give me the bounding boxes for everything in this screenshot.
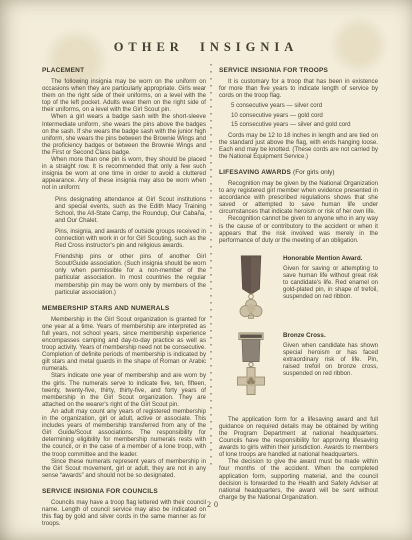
section-heading: SERVICE INSIGNIA FOR COUNCILS (42, 488, 206, 496)
paragraph: Since these numerals represent years of … (42, 458, 206, 479)
paragraph: Recognition cannot be given to anyone wh… (219, 215, 378, 243)
section-membership-stars: MEMBERSHIP STARS AND NUMERALS Membership… (42, 305, 206, 479)
paragraph: Recognition may be given by the National… (219, 180, 378, 215)
cross-medal-icon (219, 330, 283, 404)
paragraph: When a girl wears a badge sash with the … (42, 113, 206, 156)
indented-paragraph: Friendship pins or other pins of another… (55, 253, 206, 296)
trefoil-medal-icon (219, 253, 283, 321)
page-number: 20 (8, 500, 412, 509)
paragraph: It is customary for a troop that has bee… (219, 78, 378, 99)
section-heading: SERVICE INSIGNIA FOR TROOPS (219, 67, 378, 75)
section-placement: PLACEMENT The following insignia may be … (42, 67, 206, 296)
page-title: OTHER INSIGNIA (0, 40, 412, 55)
section-heading: MEMBERSHIP STARS AND NUMERALS (42, 305, 206, 313)
column-divider (210, 64, 212, 470)
right-column: SERVICE INSIGNIA FOR TROOPS It is custom… (219, 67, 378, 501)
cord-list-item: 15 consecutive years — silver and gold c… (231, 121, 378, 128)
cord-list-item: 5 consecutive years — silver cord (231, 102, 378, 109)
medal-text: Honorable Mention Award. Given for savin… (283, 253, 378, 321)
section-heading: PLACEMENT (42, 67, 206, 75)
indented-paragraph: Pins designating attendance at Girl Scou… (55, 196, 206, 224)
paragraph: Membership in the Girl Scout organizatio… (42, 316, 206, 373)
section-heading: LIFESAVING AWARDS (For girls only) (219, 169, 378, 177)
paragraph: Stars indicate one year of membership an… (42, 372, 206, 407)
book-page: OTHER INSIGNIA PLACEMENT The following i… (0, 0, 412, 540)
section-service-troops: SERVICE INSIGNIA FOR TROOPS It is custom… (219, 67, 378, 160)
paragraph: Cords may be 12 to 18 inches in length a… (219, 132, 378, 160)
heading-main: LIFESAVING AWARDS (219, 169, 291, 176)
medal-honorable-mention: Honorable Mention Award. Given for savin… (219, 253, 378, 321)
section-lifesaving-awards: LIFESAVING AWARDS (For girls only) Recog… (219, 169, 378, 501)
medal-text: Bronze Cross. Given when candidate has s… (283, 330, 378, 404)
indented-paragraph: Pins, insignia, and awards of outside gr… (55, 228, 206, 249)
paragraph: An adult may count any years of register… (42, 408, 206, 458)
medal-bronze-cross: Bronze Cross. Given when candidate has s… (219, 330, 378, 404)
cord-list-item: 10 consecutive years — gold cord (231, 112, 378, 119)
paragraph: The application form for a lifesaving aw… (219, 416, 378, 459)
medal-description: Given when candidate has shown special h… (283, 342, 378, 377)
medal-name: Bronze Cross. (283, 332, 378, 339)
left-column: PLACEMENT The following insignia may be … (42, 67, 206, 527)
medal-name: Honorable Mention Award. (283, 255, 378, 262)
paragraph: When more than one pin is worn, they sho… (42, 156, 206, 191)
heading-qualifier: (For girls only) (293, 169, 335, 176)
paragraph: The following insignia may be worn on th… (42, 78, 206, 113)
cord-list: 5 consecutive years — silver cord 10 con… (231, 102, 378, 128)
medal-description: Given for saving or attempting to save h… (283, 265, 378, 300)
paragraph: The decision to give the award must be m… (219, 458, 378, 501)
